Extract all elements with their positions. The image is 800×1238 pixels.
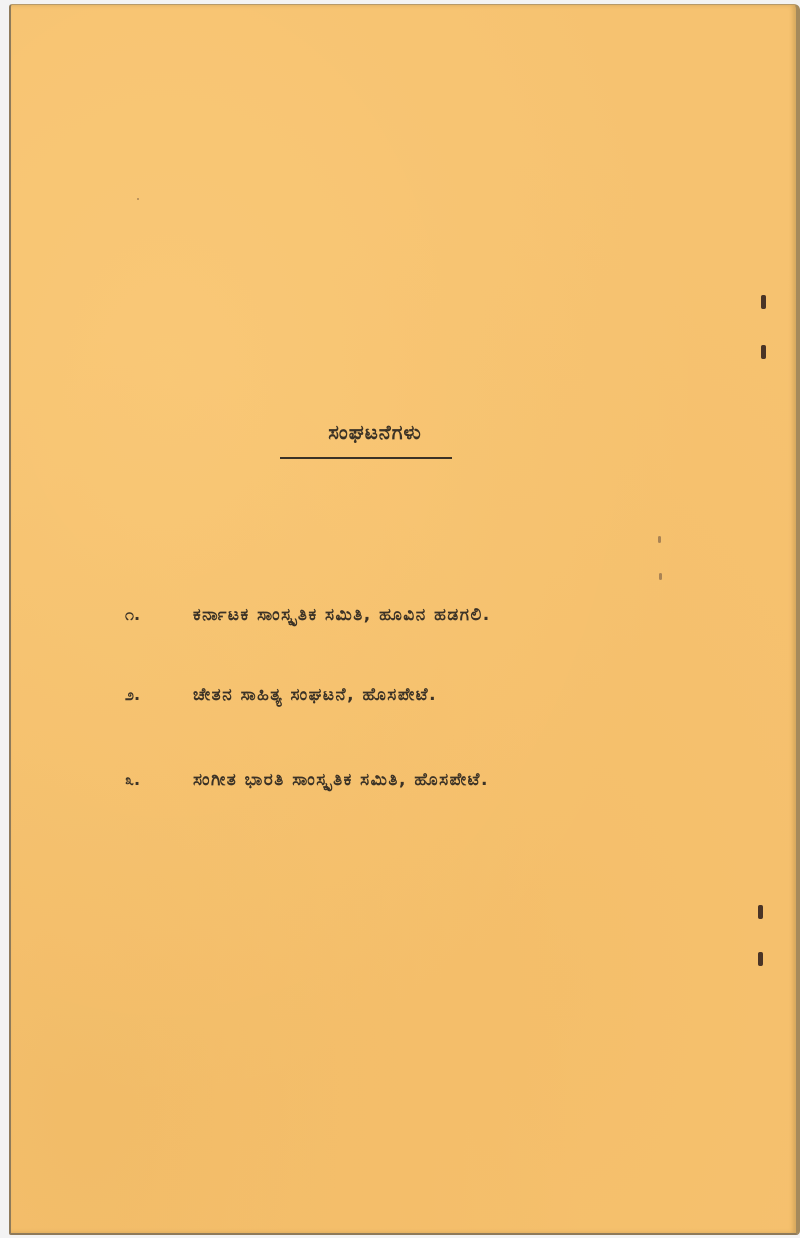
stain-mark (137, 198, 139, 200)
item-number: ೩. (125, 770, 140, 790)
staple-hole-icon (761, 295, 766, 309)
staple-hole-icon (758, 905, 763, 919)
item-text: ಸಂಗೀತ ಭಾರತಿ ಸಾಂಸ್ಕೃತಿಕ ಸಮಿತಿ, ಹೊಸಪೇಟೆ. (193, 770, 489, 790)
item-text: ಕರ್ನಾಟಕ ಸಾಂಸ್ಕೃತಿಕ ಸಮಿತಿ, ಹೂವಿನ ಹಡಗಲಿ. (193, 605, 491, 625)
book-page: ಸಂಘಟನೆಗಳು ೧. ಕರ್ನಾಟಕ ಸಾಂಸ್ಕೃತಿಕ ಸಮಿತಿ, ಹ… (9, 4, 800, 1235)
heading-underline (280, 457, 452, 459)
staple-hole-icon (761, 345, 766, 359)
stain-mark (659, 573, 662, 580)
stain-mark (658, 536, 661, 543)
item-text: ಚೇತನ ಸಾಹಿತ್ಯ ಸಂಘಟನೆ, ಹೊಸಪೇಟೆ. (193, 685, 437, 705)
page-heading: ಸಂಘಟನೆಗಳು (289, 420, 461, 444)
staple-hole-icon (758, 952, 763, 966)
item-number: ೧. (125, 605, 140, 625)
item-number: ೨. (125, 685, 140, 705)
